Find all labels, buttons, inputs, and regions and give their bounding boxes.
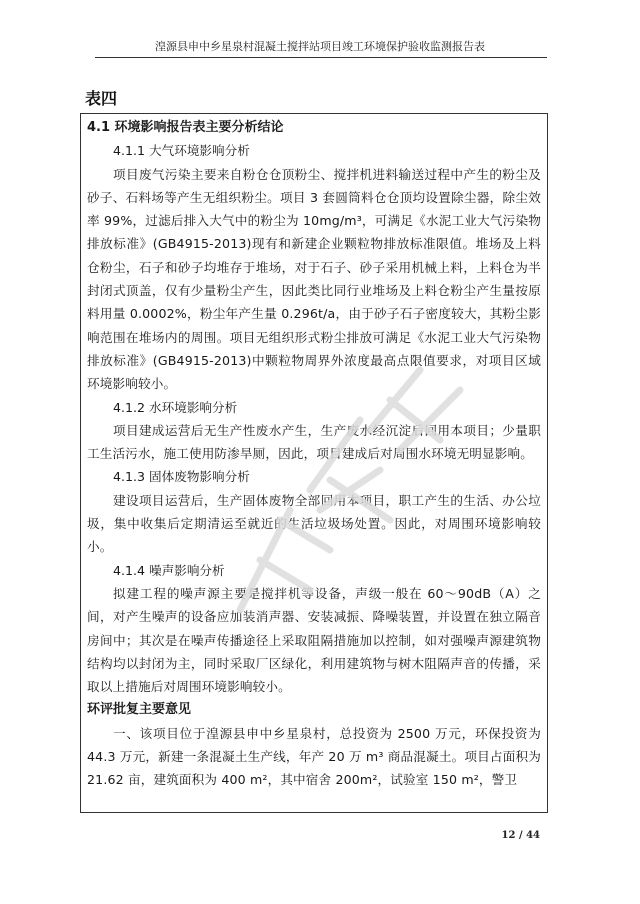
- header-divider: [95, 57, 547, 58]
- subheading-water: 4.1.2 水环境影响分析: [87, 396, 541, 419]
- section-label: 表四: [85, 86, 117, 109]
- paragraph-approval: 一、该项目位于湟源县申中乡星泉村，总投资为 2500 万元，环保投资为 44.3…: [87, 722, 541, 792]
- paragraph-air: 项目废气污染主要来自粉仓仓顶粉尘、搅拌机进料输送过程中产生的粉尘及砂子、石料场等…: [87, 163, 541, 396]
- subheading-air: 4.1.1 大气环境影响分析: [87, 139, 541, 162]
- subheading-solid-waste: 4.1.3 固体废物影响分析: [87, 465, 541, 488]
- content-table-box: 4.1 环境影响报告表主要分析结论 4.1.1 大气环境影响分析 项目废气污染主…: [80, 113, 548, 813]
- heading-approval-opinions: 环评批复主要意见: [87, 698, 541, 721]
- subheading-noise: 4.1.4 噪声影响分析: [87, 559, 541, 582]
- content-body: 4.1 环境影响报告表主要分析结论 4.1.1 大气环境影响分析 项目废气污染主…: [87, 116, 541, 792]
- heading-analysis-conclusions: 4.1 环境影响报告表主要分析结论: [87, 116, 541, 139]
- document-header-title: 湟源县申中乡星泉村混凝土搅拌站项目竣工环境保护验收监测报告表: [95, 38, 545, 54]
- page-number: 12 / 44: [502, 830, 540, 841]
- paragraph-solid-waste: 建设项目运营后，生产固体废物全部回用本项目，职工产生的生活、办公垃圾，集中收集后…: [87, 489, 541, 559]
- paragraph-water: 项目建成运营后无生产性废水产生，生产废水经沉淀后回用本项目；少量职工生活污水，施…: [87, 419, 541, 466]
- paragraph-noise: 拟建工程的噪声源主要是搅拌机等设备，声级一般在 60～90dB（A）之间，对产生…: [87, 582, 541, 698]
